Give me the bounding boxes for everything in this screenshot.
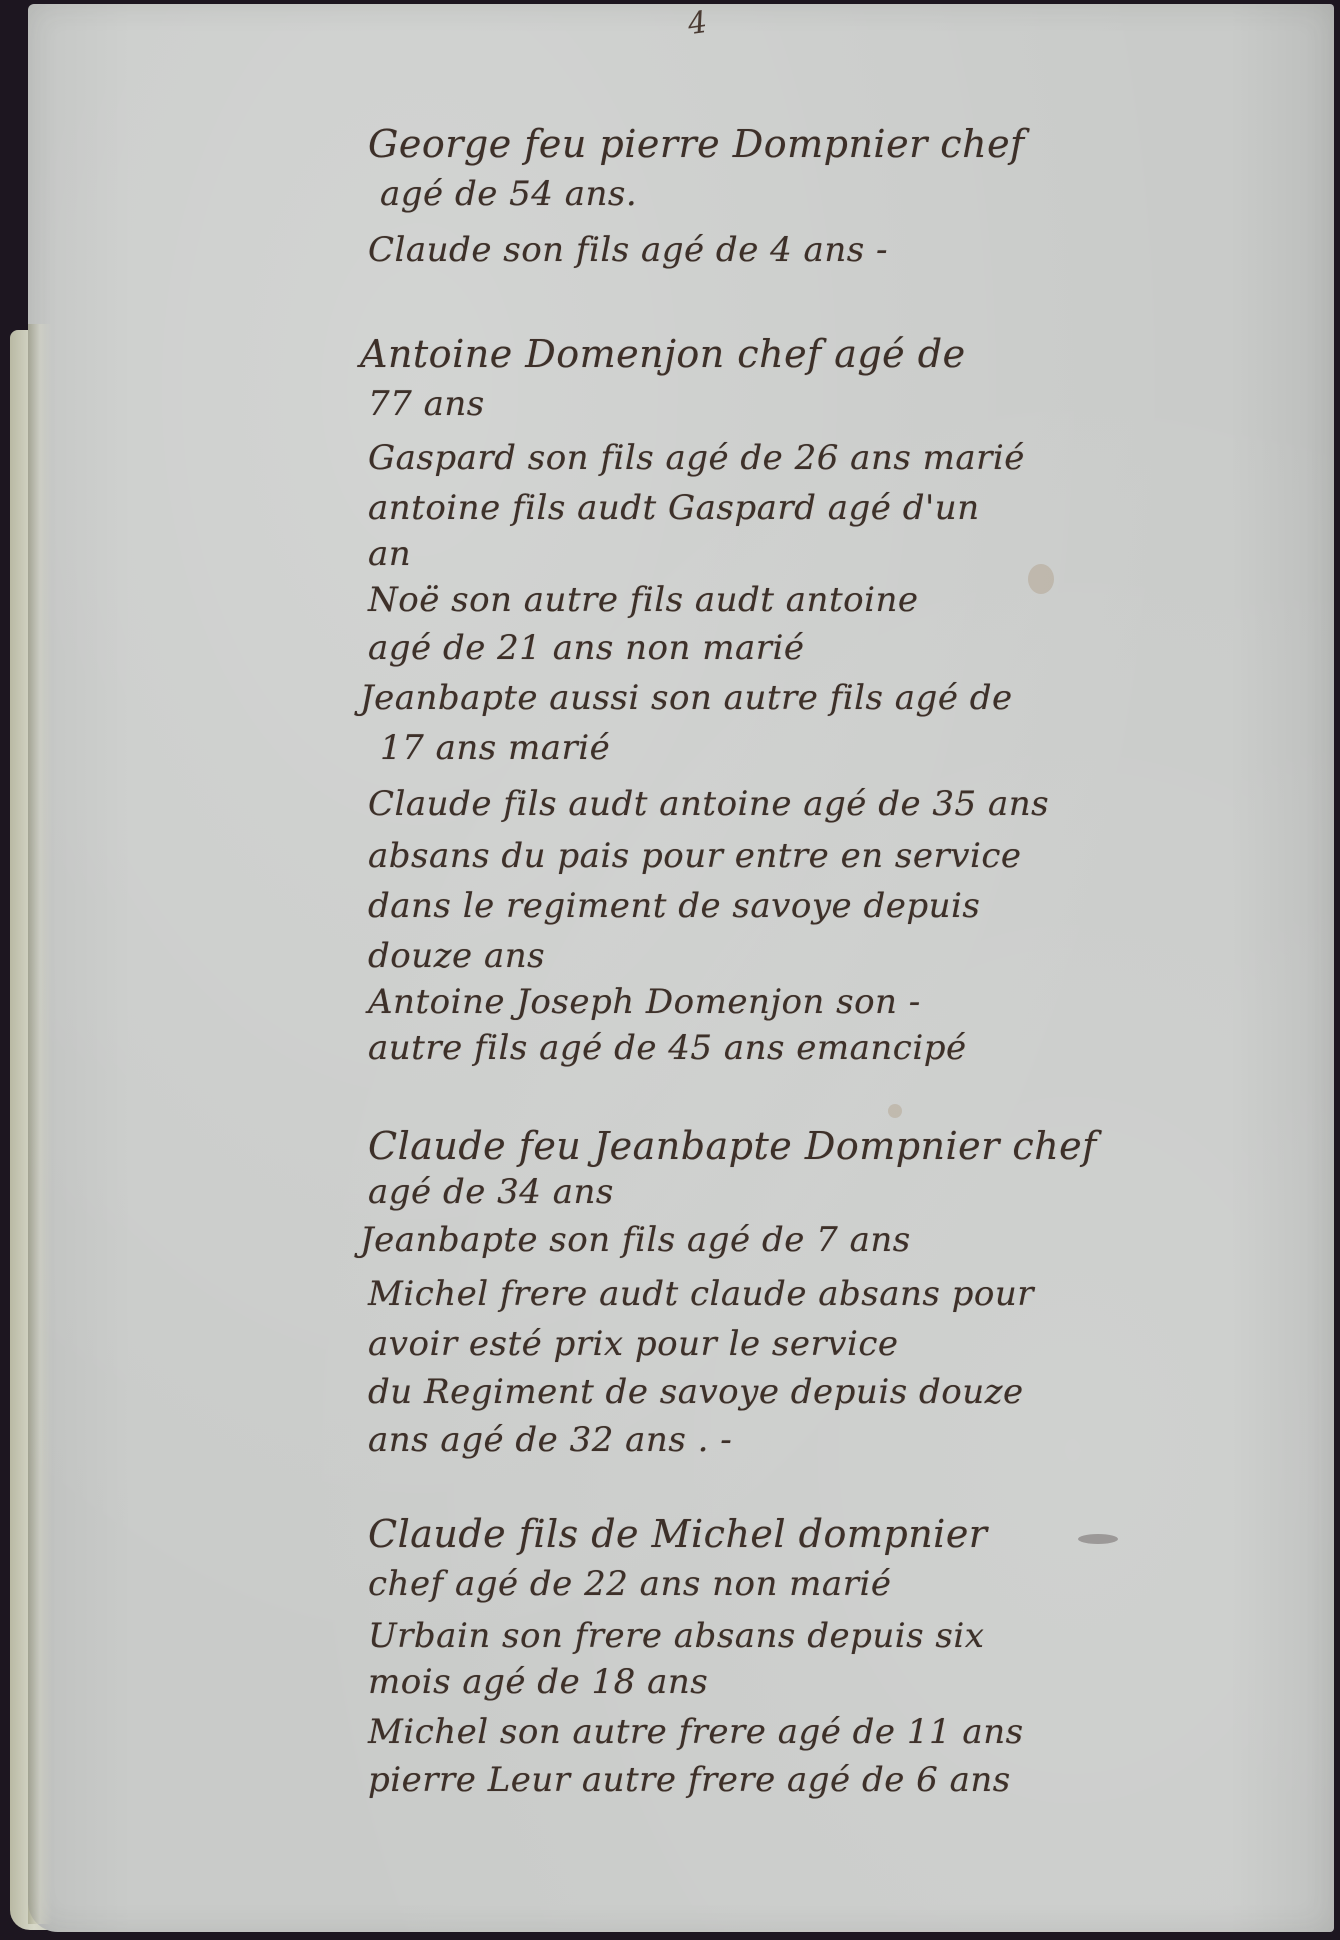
folio-number: 4: [686, 5, 710, 42]
ink-stain: [1078, 1534, 1118, 1544]
entry-2-line-5: an: [368, 534, 411, 574]
entry-3-line-1: Claude feu Jeanbapte Dompnier chef: [368, 1124, 1097, 1168]
entry-2-line-4: antoine fils audt Gaspard agé d'un: [368, 488, 980, 528]
entry-2-line-3: Gaspard son fils agé de 26 ans marié: [368, 438, 1025, 478]
entry-2-line-1: Antoine Domenjon chef agé de: [360, 332, 966, 376]
entry-1-line-1: George feu pierre Dompnier chef: [368, 122, 1025, 166]
entry-1-line-3: Claude son fils agé de 4 ans -: [368, 230, 888, 270]
entry-2-line-8: Jeanbapte aussi son autre fils agé de: [360, 678, 1013, 718]
entry-4-line-5: Michel son autre frere agé de 11 ans: [368, 1712, 1024, 1752]
ink-stain: [888, 1104, 902, 1118]
entry-2-line-2: 77 ans: [368, 384, 485, 424]
entry-4-line-3: Urbain son frere absans depuis six: [368, 1616, 984, 1656]
entry-3-line-5: avoir esté prix pour le service: [368, 1324, 898, 1364]
entry-2-line-10: Claude fils audt antoine agé de 35 ans: [368, 784, 1049, 824]
entry-3-line-2: agé de 34 ans: [368, 1172, 614, 1212]
entry-2-line-15: autre fils agé de 45 ans emancipé: [368, 1028, 967, 1068]
entry-3-line-7: ans agé de 32 ans . -: [368, 1420, 732, 1460]
entry-4-line-1: Claude fils de Michel dompnier: [368, 1512, 987, 1556]
entry-4-line-4: mois agé de 18 ans: [368, 1662, 708, 1702]
manuscript-page: 4 George feu pierre Dompnier chef agé de…: [28, 4, 1334, 1932]
entry-2-line-7: agé de 21 ans non marié: [368, 628, 804, 668]
entry-4-line-2: chef agé de 22 ans non marié: [368, 1564, 891, 1604]
entry-2-line-6: Noë son autre fils audt antoine: [368, 580, 918, 620]
entry-2-line-13: douze ans: [368, 936, 545, 976]
entry-4-line-6: pierre Leur autre frere agé de 6 ans: [368, 1760, 1011, 1800]
ink-stain: [1028, 564, 1054, 594]
page-worn-edge: [28, 324, 52, 1924]
entry-2-line-11: absans du pais pour entre en service: [368, 836, 1022, 876]
entry-3-line-4: Michel frere audt claude absans pour: [368, 1274, 1034, 1314]
entry-3-line-3: Jeanbapte son fils agé de 7 ans: [360, 1220, 911, 1260]
entry-3-line-6: du Regiment de savoye depuis douze: [368, 1372, 1024, 1412]
entry-2-line-12: dans le regiment de savoye depuis: [368, 886, 980, 926]
entry-2-line-9: 17 ans marié: [380, 728, 610, 768]
entry-1-line-2: agé de 54 ans.: [380, 174, 637, 214]
entry-2-line-14: Antoine Joseph Domenjon son -: [368, 982, 921, 1022]
